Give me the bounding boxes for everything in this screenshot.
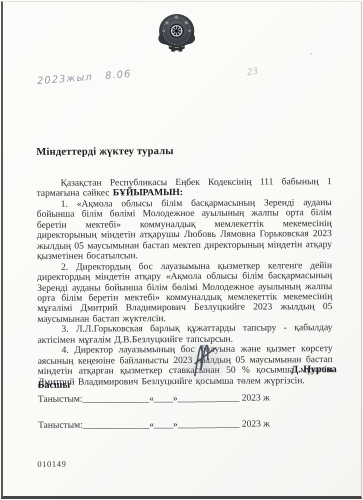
- signer-position-label: Басшы: [38, 380, 70, 391]
- handwritten-date-note: 2023жыл 8.06: [37, 69, 132, 87]
- order-item-2: 2. Директордың бос лауазымына қызметкер …: [37, 261, 332, 326]
- acknowledgement-line-2: Таныстым:______________«____»___________…: [38, 419, 338, 431]
- scan-speck: ’: [310, 51, 313, 60]
- acknowledgement-line-1: Таныстым:______________«____»___________…: [38, 393, 338, 405]
- kazakhstan-emblem-icon: [153, 10, 201, 58]
- intro-paragraph: Қазақстан Республикасы Еңбек Кодексінің …: [37, 177, 332, 200]
- signer-name: Д. Нурова: [291, 364, 336, 375]
- scanned-document-page: 2023жыл 8.06 23 ’ Міндеттерді жүктеу тур…: [0, 0, 363, 500]
- form-number: 010149: [37, 459, 66, 469]
- signature-scribble: [183, 340, 229, 380]
- document-title: Міндеттерді жүктеу туралы: [36, 145, 332, 158]
- order-item-1: 1. «Ақмола облысы білім басқармасының Зе…: [37, 198, 332, 263]
- intro-text: Қазақстан Республикасы Еңбек Кодексінің …: [37, 177, 332, 199]
- document-content: 2023жыл 8.06 23 ’ Міндеттерді жүктеу тур…: [0, 0, 363, 500]
- order-keyword: БҰЙЫРАМЫН:: [113, 188, 183, 198]
- handwritten-corner-mark: 23: [246, 67, 259, 79]
